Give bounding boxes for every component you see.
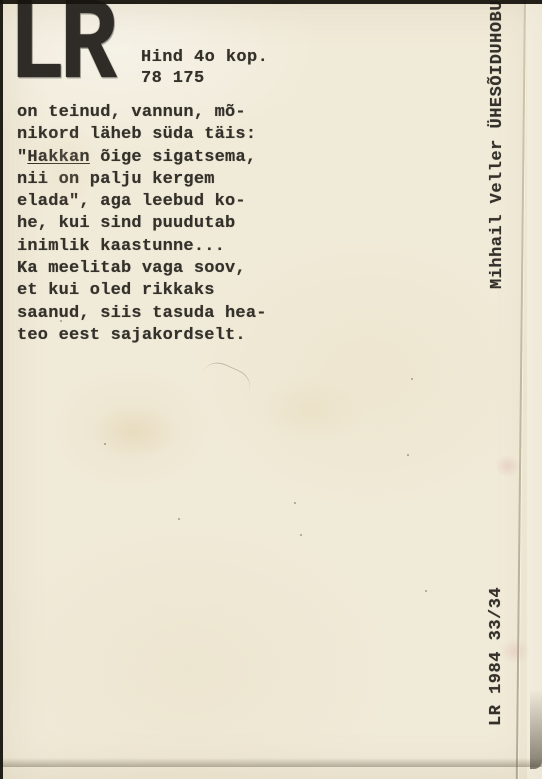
- body-line: he, kui sind puudutab: [17, 213, 267, 235]
- scan-edge-bottom: [0, 767, 542, 779]
- body-text: on teinud, vannun, mõ-nikord läheb süda …: [17, 102, 267, 347]
- body-line: inimlik kaastunne...: [17, 236, 267, 258]
- paper-speck: [425, 590, 427, 592]
- bottom-paper-shadow: [0, 758, 542, 767]
- paper-stain: [495, 455, 521, 477]
- body-line: nikord läheb süda täis:: [17, 124, 267, 146]
- page-edge-crease: [516, 0, 526, 779]
- body-line: on teinud, vannun, mõ-: [17, 102, 267, 124]
- print-code-line: 78 175: [141, 68, 268, 89]
- paper-stain: [90, 405, 180, 460]
- body-line: "Hakkan õige sigatsema,: [17, 147, 267, 169]
- paper-stain: [255, 375, 365, 445]
- scan-edge-left: [0, 0, 3, 779]
- paper-speck: [411, 378, 413, 380]
- body-line: elada", aga leebud ko-: [17, 191, 267, 213]
- body-line: saanud, siis tasuda hea-: [17, 303, 267, 325]
- corner-shadow: [530, 689, 542, 769]
- paper-speck: [294, 502, 296, 504]
- price-block: Hind 4o kop. 78 175: [141, 47, 268, 89]
- paper-speck: [60, 320, 62, 322]
- paper-speck: [178, 518, 180, 520]
- lr-publisher-logo: LR: [8, 0, 111, 105]
- paper-speck: [300, 534, 302, 536]
- body-line: Ka meelitab vaga soov,: [17, 258, 267, 280]
- body-line: et kui oled rikkaks: [17, 280, 267, 302]
- price-line: Hind 4o kop.: [141, 47, 268, 68]
- spine-series-code: LR 1984 33/34: [487, 587, 506, 726]
- scanned-booklet-back-cover: LR Hind 4o kop. 78 175 on teinud, vannun…: [0, 0, 542, 779]
- body-line: teo eest sajakordselt.: [17, 325, 267, 347]
- spine-author-title: Mihhail Veller ÜHESÕIDUHOBU: [488, 0, 507, 289]
- adjacent-page-strip: [527, 0, 542, 779]
- paper-speck: [407, 454, 409, 456]
- paper-scratch: [197, 357, 255, 406]
- body-line: nii on palju kergem: [17, 169, 267, 191]
- paper-speck: [104, 443, 106, 445]
- scan-edge-top: [0, 0, 542, 4]
